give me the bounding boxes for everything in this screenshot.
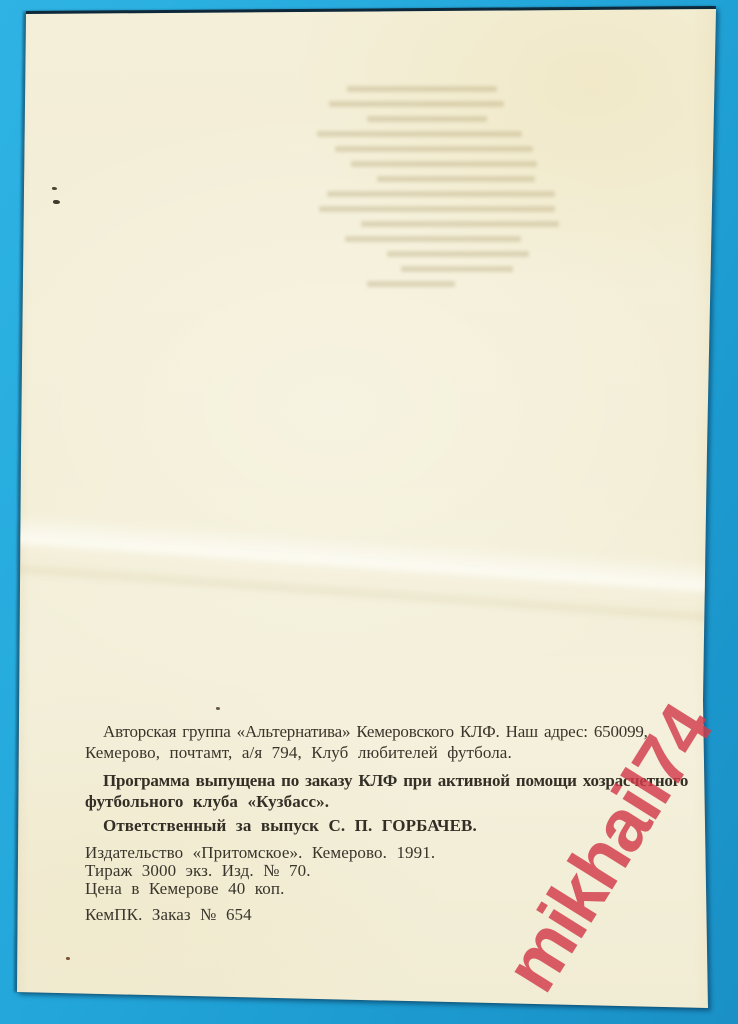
ghost-line	[367, 116, 487, 122]
ghost-line	[319, 206, 555, 212]
ghost-line	[377, 176, 535, 182]
photo-scene: Авторская группа «Альтернатива» Кемеровс…	[0, 0, 738, 1024]
issue-line-2: футбольного клуба «Кузбасс».	[85, 791, 577, 812]
ghost-line	[401, 266, 513, 272]
ghost-line	[329, 101, 504, 107]
ghost-line	[327, 191, 555, 197]
issue-line-1: Программа выпущена по заказу КЛФ при акт…	[85, 770, 577, 791]
ghost-line	[335, 146, 533, 152]
ghost-line	[347, 86, 497, 92]
paper-speck	[52, 187, 57, 190]
imprint-block: Авторская группа «Альтернатива» Кемеровс…	[85, 721, 577, 925]
ghost-line	[345, 236, 521, 242]
ghost-line	[317, 131, 522, 137]
address-line-2: Кемерово, почтамт, а/я 794, Клуб любител…	[85, 742, 577, 763]
responsible-line: Ответственный за выпуск С. П. ГОРБАЧЕВ.	[85, 815, 577, 836]
show-through-text	[305, 86, 650, 296]
address-line-1: Авторская группа «Альтернатива» Кемеровс…	[85, 721, 577, 742]
ghost-line	[387, 251, 529, 257]
paper-speck	[66, 957, 70, 960]
ghost-line	[367, 281, 455, 287]
paper-speck	[216, 707, 220, 710]
paper-speck	[53, 200, 60, 204]
publisher-line: Издательство «Притомское». Кемерово. 199…	[85, 844, 577, 862]
order-line: КемПК. Заказ № 654	[85, 904, 577, 925]
print-run-line: Тираж 3000 экз. Изд. № 70.	[85, 862, 577, 880]
ghost-line	[361, 221, 559, 227]
price-line: Цена в Кемерове 40 коп.	[85, 880, 577, 898]
ghost-line	[351, 161, 537, 167]
